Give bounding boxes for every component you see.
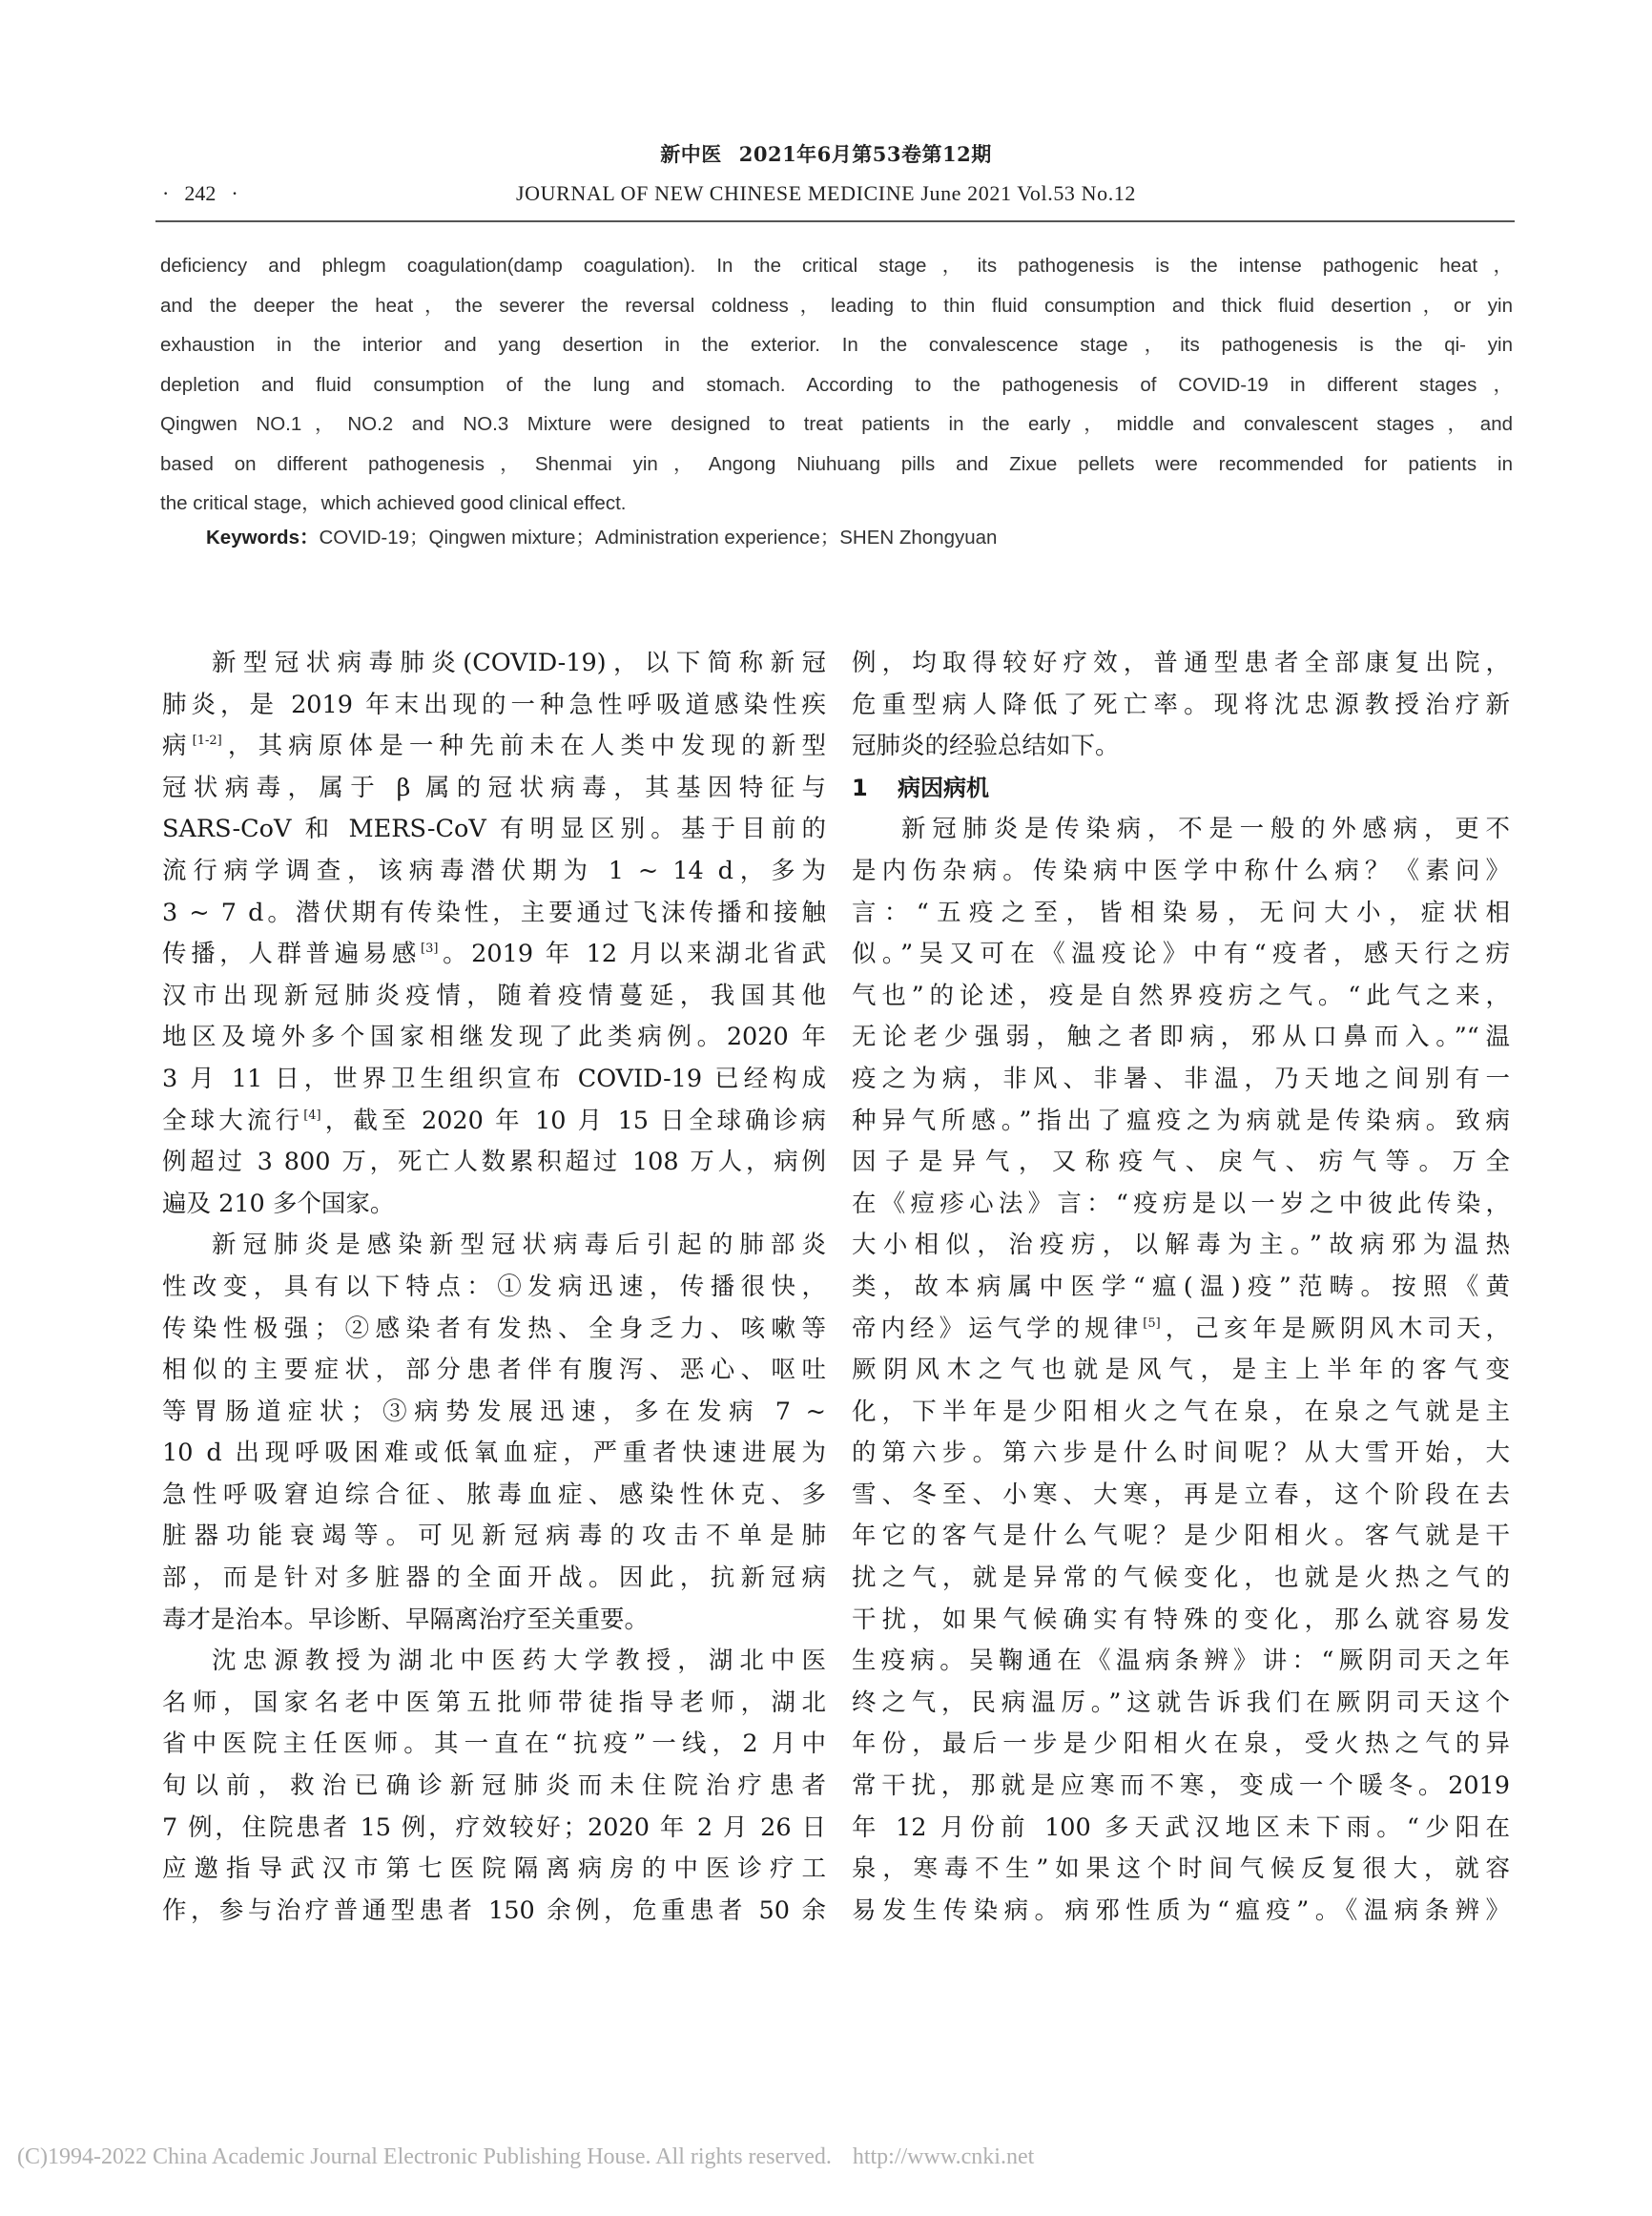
text-line: 疫之为病，非风、非暑、非温，乃天地之间别有一: [852, 1059, 1510, 1101]
text-line: 帝内经》运气学的规律[5]，己亥年是厥阴风木司天，: [852, 1309, 1510, 1351]
text-line: 性改变，具有以下特点：①发病迅速，传播很快，: [162, 1267, 826, 1309]
text-line: 大小相似，治疫疠，以解毒为主。”故病邪为温热: [852, 1225, 1510, 1267]
page-dot-left: ·: [162, 181, 169, 206]
text-line: 地区及境外多个国家相继发现了此类病例。2020 年: [162, 1017, 826, 1059]
text-line: 等胃肠道症状；③病势发展迅速，多在发病 7 ~: [162, 1392, 826, 1434]
abstract-line: depletion and fluid consumption of the l…: [160, 365, 1513, 405]
text-line: 年 12 月份前 100 多天武汉地区未下雨。“少阳在: [852, 1808, 1510, 1850]
english-abstract: deficiency and phlegm coagulation(damp c…: [160, 246, 1513, 524]
text-line: 类，故本病属中医学“瘟(温)疫”范畴。按照《黄: [852, 1267, 1510, 1309]
abstract-line: the critical stage，which achieved good c…: [160, 484, 1513, 524]
header-rule: [155, 220, 1515, 222]
citation-ref[interactable]: [3]: [421, 942, 438, 956]
abstract-line: Qingwen NO.1，NO.2 and NO.3 Mixture were …: [160, 404, 1513, 445]
text-line: 干扰，如果气候确实有特殊的变化，那么就容易发: [852, 1600, 1510, 1642]
text-line: 作，参与治疗普通型患者 150 余例，危重患者 50 余: [162, 1891, 826, 1933]
text-line: 肺炎，是 2019 年末出现的一种急性呼吸道感染性疾: [162, 685, 826, 727]
citation-ref[interactable]: [4]: [303, 1108, 320, 1123]
text-line: 新冠肺炎是传染病，不是一般的外感病，更不: [852, 809, 1510, 851]
text-line: 终之气，民病温厉。”这就告诉我们在厥阴司天这个: [852, 1683, 1510, 1725]
text-line: SARS-CoV 和 MERS-CoV 有明显区别。基于目前的: [162, 809, 826, 851]
section-number: 1: [852, 768, 898, 810]
text-line: 无论老少强弱，触之者即病，邪从口鼻而入。”“温: [852, 1017, 1510, 1059]
text-line: 3 月 11 日，世界卫生组织宣布 COVID-19 已经构成: [162, 1059, 826, 1101]
text-line: 7 例，住院患者 15 例，疗效较好；2020 年 2 月 26 日: [162, 1808, 826, 1850]
text-line: 10 d 出现呼吸困难或低氧血症，严重者快速进展为: [162, 1433, 826, 1475]
text-line: 急性呼吸窘迫综合征、脓毒血症、感染性休克、多: [162, 1475, 826, 1517]
body-column-right: 例，均取得较好疗效，普通型患者全部康复出院， 危重型病人降低了死亡率。现将沈忠源…: [852, 643, 1510, 1932]
text-line: 气也”的论述，疫是自然界疫疠之气。“此气之来，: [852, 976, 1510, 1018]
text-line: 传播，人群普遍易感[3]。2019 年 12 月以来湖北省武: [162, 934, 826, 976]
text-line: 年它的客气是什么气呢？是少阳相火。客气就是干: [852, 1516, 1510, 1558]
text-line: 脏器功能衰竭等。可见新冠病毒的攻击不单是肺: [162, 1516, 826, 1558]
page-number-value: 242: [184, 181, 216, 205]
text-line: 冠状病毒，属于 β 属的冠状病毒，其基因特征与: [162, 768, 826, 810]
text-line: 是内伤杂病。传染病中医学中称什么病？《素问》: [852, 851, 1510, 893]
text-line: 冠肺炎的经验总结如下。: [852, 726, 1510, 768]
text-line: 因子是异气，又称疫气、戾气、疠气等。万全: [852, 1142, 1510, 1184]
text-line: 扰之气，就是异常的气候变化，也就是火热之气的: [852, 1558, 1510, 1600]
page-dot-right: ·: [231, 181, 237, 206]
journal-header-chinese: 新中医2021年6月第53卷第12期: [0, 139, 1652, 168]
text-line: 厥阴风木之气也就是风气，是主上半年的客气变: [852, 1350, 1510, 1392]
text-line: 年份，最后一步是少阳相火在泉，受火热之气的异: [852, 1724, 1510, 1766]
text-line: 应邀指导武汉市第七医院隔离病房的中医诊疗工: [162, 1849, 826, 1891]
journal-header-english-row: JOURNAL OF NEW CHINESE MEDICINE June 202…: [0, 181, 1652, 210]
text-line: 遍及 210 多个国家。: [162, 1184, 826, 1226]
text-line: 汉市出现新冠肺炎疫情，随着疫情蔓延，我国其他: [162, 976, 826, 1018]
body-column-left: 新型冠状病毒肺炎(COVID-19)，以下简称新冠 肺炎，是 2019 年末出现…: [162, 643, 826, 1932]
citation-ref[interactable]: [1-2]: [193, 734, 222, 748]
text-line: 例超过 3 800 万，死亡人数累积超过 108 万人，病例: [162, 1142, 826, 1184]
keywords-list: COVID-19；Qingwen mixture；Administration …: [319, 527, 997, 549]
page-number: ·242·: [162, 181, 254, 206]
text-line: 毒才是治本。早诊断、早隔离治疗至关重要。: [162, 1600, 826, 1642]
text-line: 易发生传染病。病邪性质为“瘟疫”。《温病条辨》: [852, 1891, 1510, 1933]
text-line: 生疫病。吴鞠通在《温病条辨》讲：“厥阴司天之年: [852, 1641, 1510, 1683]
text-line: 全球大流行[4]，截至 2020 年 10 月 15 日全球确诊病: [162, 1101, 826, 1143]
text-line: 例，均取得较好疗效，普通型患者全部康复出院，: [852, 643, 1510, 685]
journal-page: 新中医2021年6月第53卷第12期 JOURNAL OF NEW CHINES…: [0, 0, 1652, 2216]
text-line: 化，下半年是少阳相火之气在泉，在泉之气就是主: [852, 1392, 1510, 1434]
copyright-text: (C)1994-2022 China Academic Journal Elec…: [17, 2144, 832, 2169]
text-line: 的第六步。第六步是什么时间呢？从大雪开始，大: [852, 1433, 1510, 1475]
text-line: 病[1-2]，其病原体是一种先前未在人类中发现的新型: [162, 726, 826, 768]
section-title: 病因病机: [898, 775, 989, 801]
cnki-link[interactable]: http://www.cnki.net: [853, 2144, 1034, 2169]
keywords-label: Keywords：: [206, 527, 319, 549]
text-line: 3 ~ 7 d。潜伏期有传染性，主要通过飞沫传播和接触: [162, 893, 826, 935]
abstract-line: and the deeper the heat，the severer the …: [160, 286, 1513, 326]
journal-name-cn: 新中医: [660, 142, 722, 166]
text-line: 相似的主要症状，部分患者伴有腹泻、恶心、呕吐: [162, 1350, 826, 1392]
text-line: 危重型病人降低了死亡率。现将沈忠源教授治疗新: [852, 685, 1510, 727]
abstract-line: based on different pathogenesis，Shenmai …: [160, 445, 1513, 485]
text-line: 名师，国家名老中医第五批师带徒指导老师，湖北: [162, 1683, 826, 1725]
text-line: 沈忠源教授为湖北中医药大学教授，湖北中医: [162, 1641, 826, 1683]
text-line: 似。”吴又可在《温疫论》中有“疫者，感天行之疠: [852, 934, 1510, 976]
citation-ref[interactable]: [5]: [1143, 1316, 1160, 1331]
keywords: Keywords：COVID-19；Qingwen mixture；Admini…: [206, 519, 997, 557]
text-line: 新型冠状病毒肺炎(COVID-19)，以下简称新冠: [162, 643, 826, 685]
abstract-line: exhaustion in the interior and yang dese…: [160, 325, 1513, 365]
text-line: 旬以前，救治已确诊新冠肺炎而未住院治疗患者: [162, 1766, 826, 1808]
text-line: 泉，寒毒不生”如果这个时间气候反复很大，就容: [852, 1849, 1510, 1891]
text-line: 雪、冬至、小寒、大寒，再是立春，这个阶段在去: [852, 1475, 1510, 1517]
abstract-line: deficiency and phlegm coagulation(damp c…: [160, 246, 1513, 286]
text-line: 部，而是针对多脏器的全面开战。因此，抗新冠病: [162, 1558, 826, 1600]
text-line: 流行病学调查，该病毒潜伏期为 1 ~ 14 d，多为: [162, 851, 826, 893]
text-line: 在《痘疹心法》言：“疫疠是以一岁之中彼此传染，: [852, 1184, 1510, 1226]
text-line: 省中医院主任医师。其一直在“抗疫”一线，2 月中: [162, 1724, 826, 1766]
copyright-footer: (C)1994-2022 China Academic Journal Elec…: [17, 2144, 1034, 2170]
text-line: 传染性极强；②感染者有发热、全身乏力、咳嗽等: [162, 1309, 826, 1351]
text-line: 种异气所感。”指出了瘟疫之为病就是传染病。致病: [852, 1101, 1510, 1143]
text-line: 新冠肺炎是感染新型冠状病毒后引起的肺部炎: [162, 1225, 826, 1267]
text-line: 言：“五疫之至，皆相染易，无问大小，症状相: [852, 893, 1510, 935]
section-heading: 1病因病机: [852, 768, 1510, 810]
text-line: 常干扰，那就是应寒而不寒，变成一个暖冬。2019: [852, 1766, 1510, 1808]
issue-info-cn: 2021年6月第53卷第12期: [739, 142, 992, 166]
